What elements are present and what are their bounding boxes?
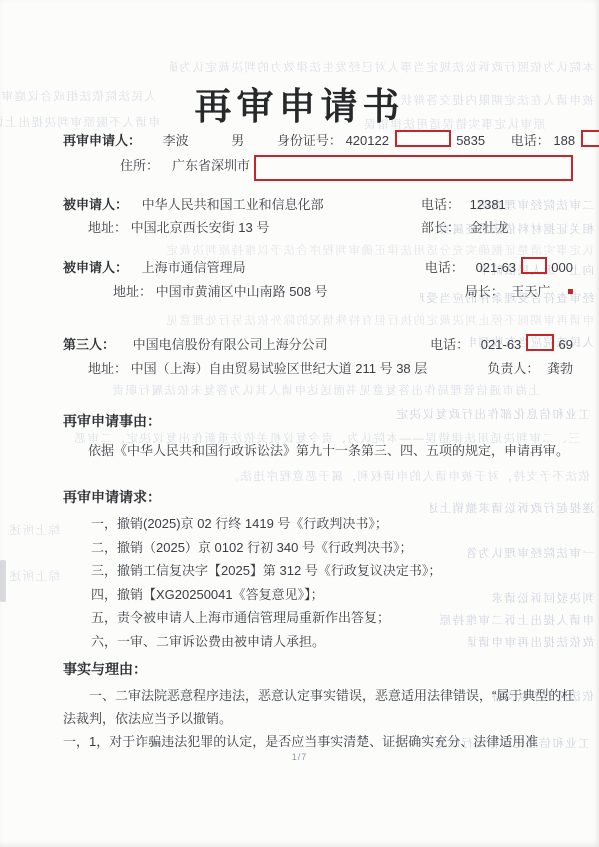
applicant-phone-label: 电话： [511,133,550,148]
third-party-phone-label: 电话： [430,337,469,352]
address-redaction-box [254,155,573,181]
request-item: 四，撤销【XG20250041《答复意见》】； [91,583,573,607]
third-party-address-label: 地址： [88,361,127,376]
respondent1-row: 被申请人： 中华人民共和国工业和信息化部 电话： 12381 [63,194,573,213]
respondent1-name: 中华人民共和国工业和信息化部 [142,197,324,212]
phone-redaction-box [521,257,547,274]
page-title: 再审申请书 [0,76,599,130]
residence-row: 住所： 广东省深圳市 [63,155,573,181]
cause-body: 依据《中华人民共和国行政诉讼法》第九十一条第三、四、五项的规定，申请再审。 [88,440,573,459]
respondent1-phone-label: 电话： [421,197,460,212]
respondent2-address-row: 地址： 中国市黄浦区中山南路 508 号 局长： 王天广 [63,281,573,300]
applicant-row: 再审申请人： 李波 男 身份证号： 420122 5835 电话： 188 38… [63,130,573,149]
respondent1-address: 中国北京西长安街 13 号 [131,220,270,235]
id-number-suffix: 5835 [456,133,485,148]
bleed-through-line: 综上所述 [0,522,60,537]
phone-redaction-box [581,130,599,147]
respondent2-address: 中国市黄浦区中山南路 508 号 [156,284,328,299]
phone-redaction-box [526,334,554,351]
respondent1-label: 被申请人： [63,197,128,212]
bleed-through-line: 本院认为依照行政诉讼法规定当事人对已经发生法律效力的判决裁定认为确有错误 [170,59,594,74]
request-item: 二，撤销（2025）京 0102 行初 340 号《行政判决书》； [91,536,573,560]
facts-paragraph: 一，1，对于诈骗违法犯罪的认定，是否应当事实清楚、证据确实充分、法律适用准 [63,731,573,750]
id-number-prefix: 420122 [346,133,389,148]
respondent2-phone-suffix: 000 [551,260,573,275]
third-party-officer: 龚勃 [547,361,573,376]
respondent2-officer: 王天广 [511,284,550,299]
bleed-through-line: 工业和信息化部作出行政复议决定 [300,406,590,421]
respondent2-phone-prefix: 021-63 [476,260,516,275]
bleed-through-line: 依法不予支持，对于被申请人的申请权利，属于恶意程序违法。 [200,468,590,483]
respondent1-phone: 12381 [470,197,506,212]
applicant-name: 李波 [163,133,189,148]
applicant-gender: 男 [231,133,244,148]
bleed-through-line: 申请再审期间不停止判决裁定的执行但有特殊情况的除外依法另行处理意见 [0,312,594,327]
applicant-phone-prefix: 188 [553,133,575,148]
scanned-document-page: 本院认为依照行政诉讼法规定当事人对已经发生法律效力的判决裁定认为确有错误 人民法… [0,0,599,847]
applicant-label: 再审申请人： [63,133,141,148]
facts-paragraph: 一、二审法院恶意程序违法，恶意认定事实错误，恶意适用法律错误，“属于典型的枉法裁… [63,684,577,730]
third-party-address: 中国（上海）自由贸易试验区世纪大道 211 号 38 层 [131,361,428,376]
respondent2-name: 上海市通信管理局 [142,260,246,275]
third-party-label: 第三人： [63,337,115,352]
third-party-address-row: 地址： 中国（上海）自由贸易试验区世纪大道 211 号 38 层 负责人： 龚勃 [63,358,573,377]
requests-list: 一，撤销(2025)京 02 行终 1419 号《行政判决书》； 二，撤销（20… [91,512,573,654]
request-item: 三，撤销工信复决字【2025】第 312 号《行政复议决定书》； [91,559,573,583]
third-party-row: 第三人： 中国电信股份有限公司上海分公司 电话： 021-63 69 [63,334,573,353]
residence-label: 住所： [120,155,159,174]
bleed-through-line: 认定事实清楚证据确实充分适用法律正确审判程序合法予以维持原判决裁定 [0,242,594,257]
third-party-phone-suffix: 69 [559,337,573,352]
bleed-through-line: 综上所述 [0,568,60,583]
scanner-smudge [0,560,6,602]
requests-heading: 再审申请请求： [63,487,161,507]
red-mark-dot [568,289,573,294]
respondent1-address-label: 地址： [88,220,127,235]
request-item: 五，责令被申请人上海市通信管理局重新作出答复； [91,606,573,630]
page-number: 1/7 [0,752,599,762]
respondent2-row: 被申请人： 上海市通信管理局 电话： 021-63 000 [63,257,573,276]
id-redaction-box [395,130,451,147]
respondent2-address-label: 地址： [113,284,152,299]
respondent1-address-row: 地址： 中国北京西长安街 13 号 部长： 金壮龙 [63,217,573,236]
respondent2-label: 被申请人： [63,260,128,275]
third-party-officer-label: 负责人： [487,361,539,376]
respondent1-officer: 金壮龙 [470,220,509,235]
residence-value: 广东省深圳市 [172,155,250,174]
cause-heading: 再审申请事由： [63,411,161,431]
request-item: 六，一审、二审诉讼费由被申请人承担。 [91,630,573,654]
third-party-phone-prefix: 021-63 [481,337,521,352]
respondent2-officer-label: 局长： [465,284,504,299]
third-party-name: 中国电信股份有限公司上海分公司 [133,337,328,352]
respondent1-officer-label: 部长： [421,220,460,235]
id-number-label: 身份证号： [277,133,342,148]
bleed-through-line: 上海市通信管理局作出答复意见书面送达申请人其认为答复未依法履行职责 [60,382,540,397]
request-item: 一，撤销(2025)京 02 行终 1419 号《行政判决书》； [91,512,573,536]
respondent2-phone-label: 电话： [425,260,464,275]
facts-heading: 事实与理由： [63,659,147,679]
